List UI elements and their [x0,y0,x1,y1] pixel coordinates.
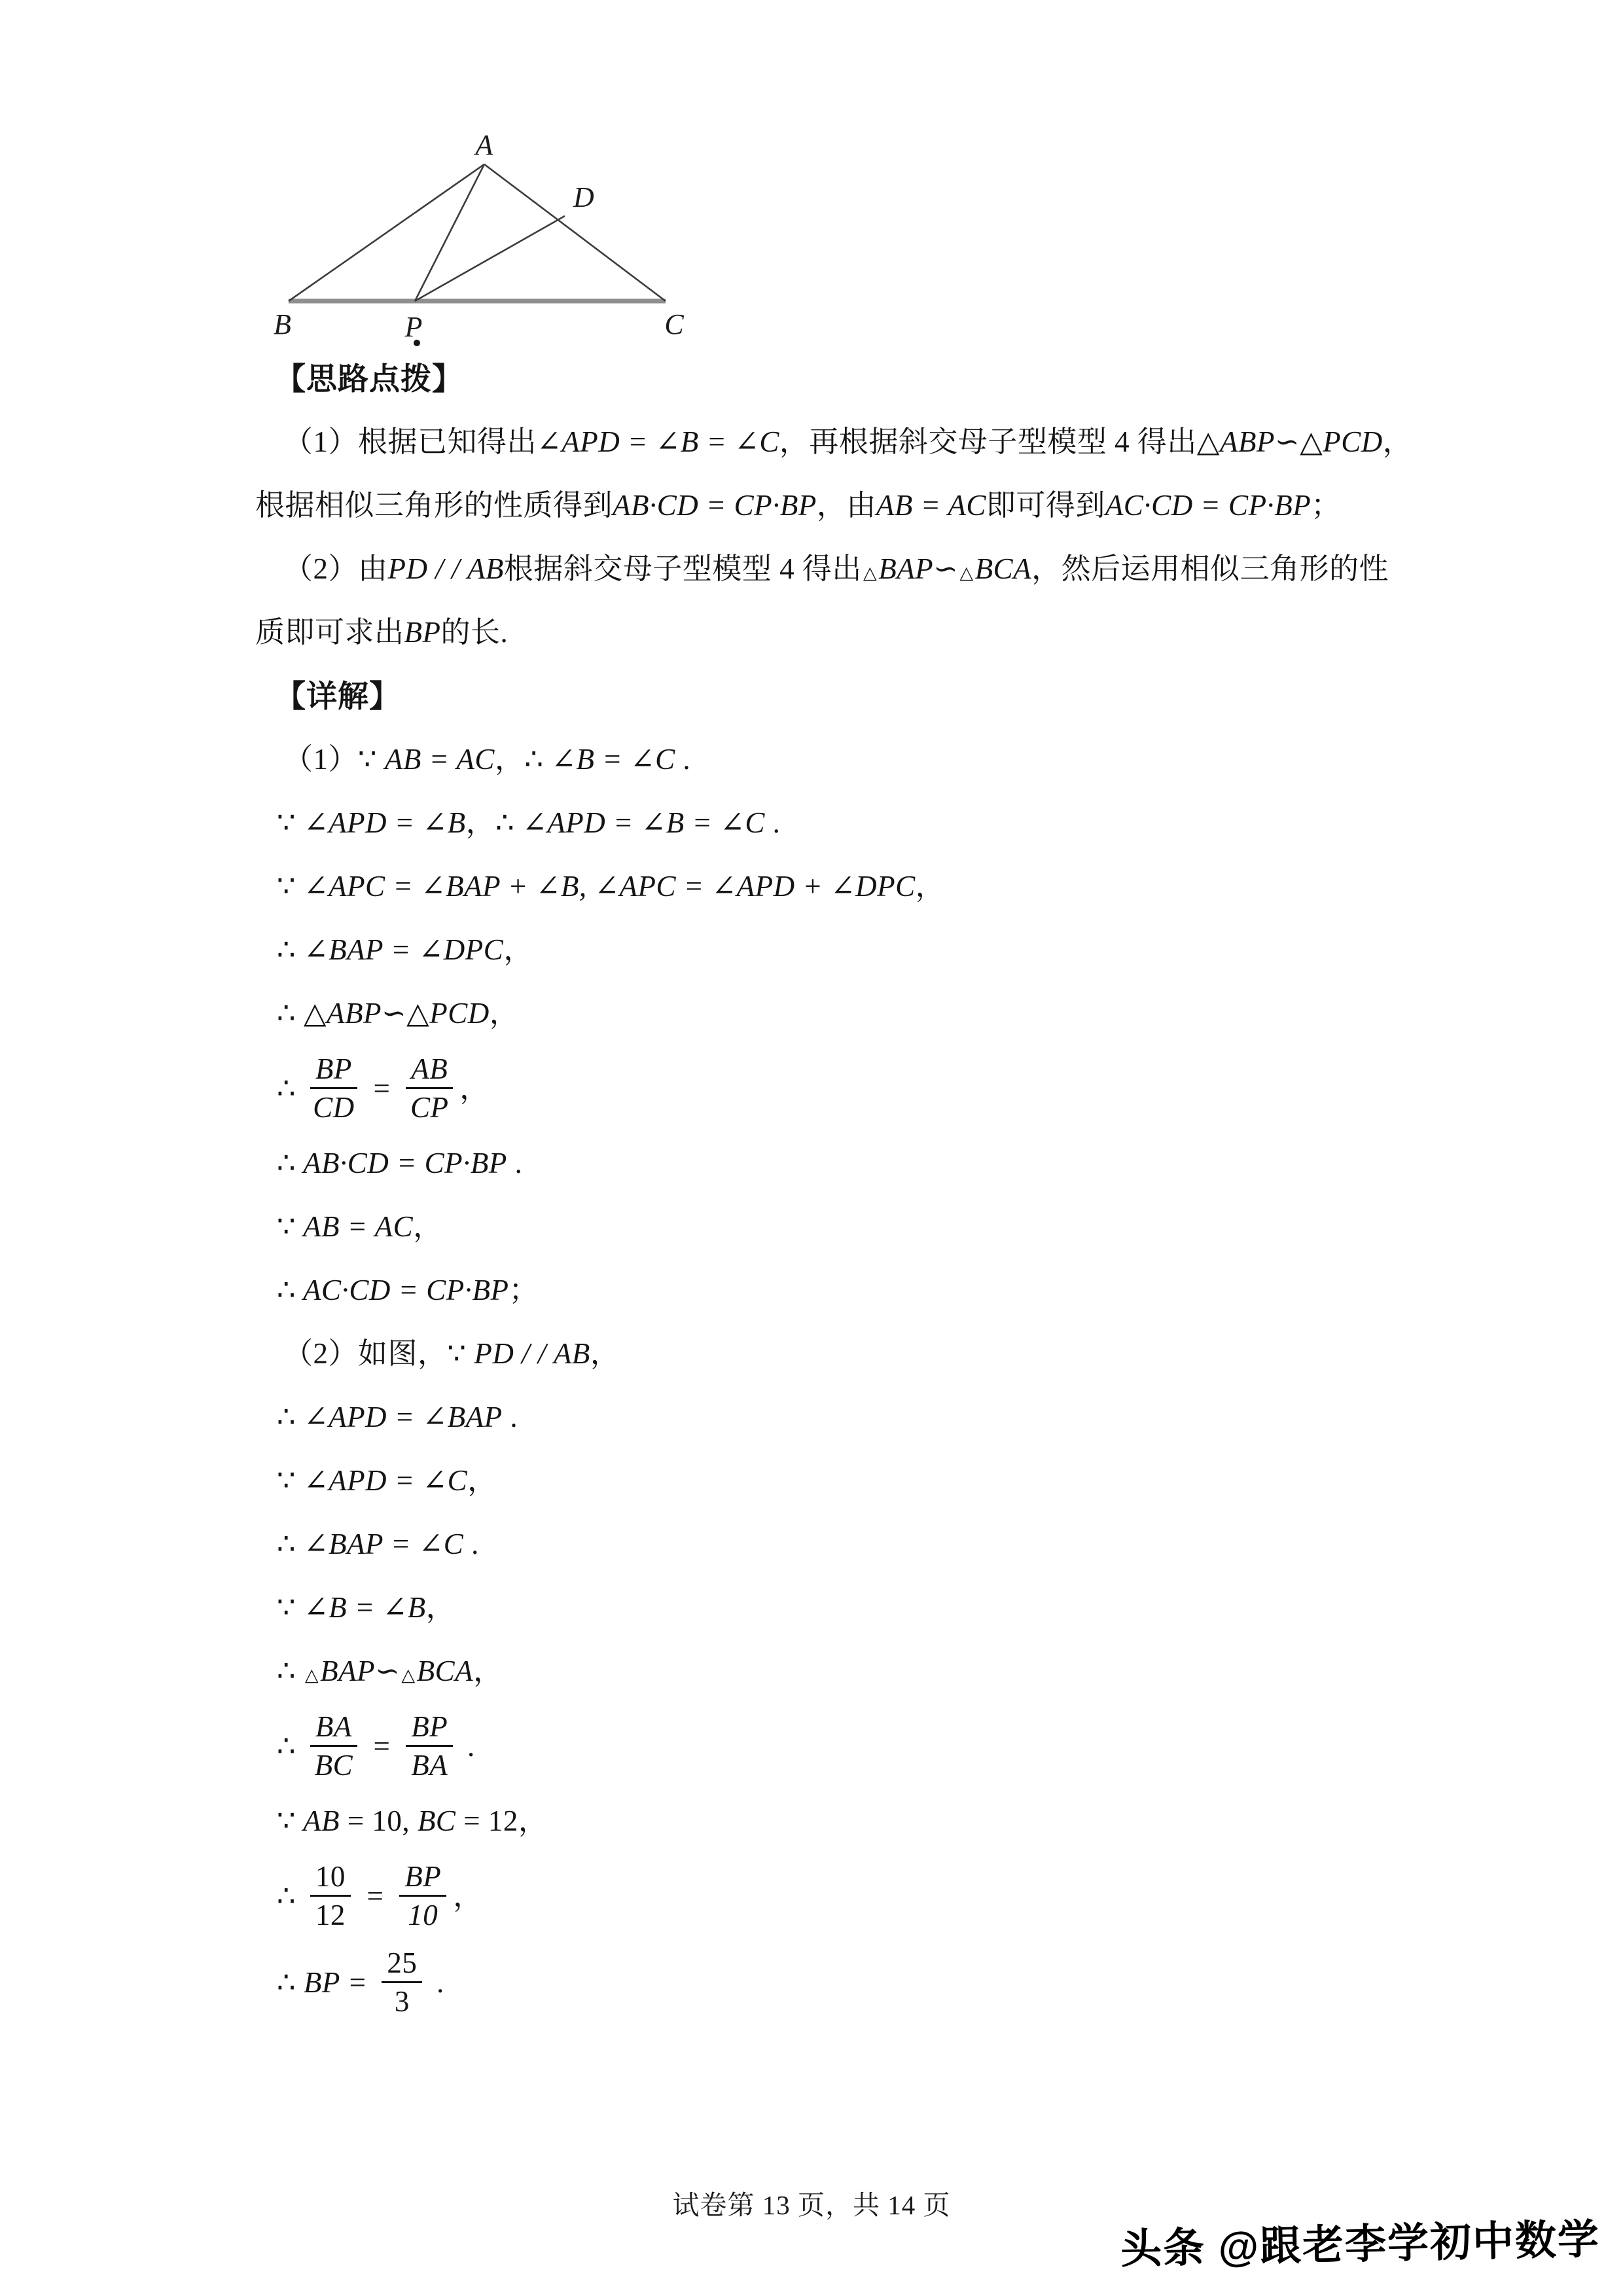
hint-line: （2）由PD / / AB根据斜交母子型模型 4 得出△BAP∽△BCA，然后运… [283,537,1459,601]
geometry-figure: A B P C D [274,123,695,347]
fraction-numerator: BP [310,1053,357,1090]
solution-lines: （1）∵ AB = AC，∴ ∠B = ∠C .∵ ∠APD = ∠B，∴ ∠A… [255,728,1459,2026]
cjk-text: . [675,743,691,776]
cjk-text: 的长. [441,616,508,649]
vertex-label-B: B [274,308,291,340]
math-run: BCA [417,1655,474,1687]
math-run: AB·CD = CP·BP [613,489,817,522]
fraction: BPCD [310,1053,357,1124]
cjk-text: ，再根据斜交母子型模型 4 得出 [779,425,1197,458]
math-run: ∴ ∠APD = ∠B = ∠C [495,806,765,839]
cjk-text: 根据斜交母子型模型 4 得出 [504,552,862,585]
fraction-numerator: BP [399,1861,446,1897]
cjk-text: （2）由 [283,552,388,585]
vertex-label-P: P [404,311,423,343]
math-run: ∵ ∠APD = ∠B [277,806,466,839]
solution-line: ∴ AC·CD = CP·BP； [277,1259,1459,1322]
math-upright: = 12 [455,1804,518,1837]
math-run: ∽ [375,1655,400,1687]
solution-line: ∴ △ABP∽△PCD， [277,982,1459,1045]
fraction-numerator: 25 [382,1947,422,1984]
cjk-text: ， [495,743,525,776]
math-run: ∴ ∠B = ∠C [524,743,675,776]
math-upright: = 10, [340,1804,418,1837]
solution-line: ∵ ∠APD = ∠B，∴ ∠APD = ∠B = ∠C . [277,791,1459,855]
triangle-diagram: A B P C D [274,123,695,347]
vertex-label-A: A [474,129,494,161]
small-triangle-icon: △ [862,563,878,583]
solution-line: （2）如图，∵ PD / / AB， [283,1322,1459,1386]
solution-line: ∴ 1012 = BP10， [277,1853,1459,1939]
cjk-text: ， [459,1072,490,1105]
math-run: ∴ [277,1072,304,1105]
solution-line: ∴ BABC = BPBA . [277,1703,1459,1789]
hint-line: 质即可求出BP的长. [255,601,1459,664]
fraction-numerator: AB [406,1053,453,1090]
math-run: ∵ AB [277,1804,340,1837]
math-run: ∵ PD / / AB [448,1337,590,1370]
fraction-denominator: CD [310,1089,357,1124]
math-run: ∵ ∠APC = ∠BAP + ∠B, ∠APC = ∠APD + ∠DPC [277,870,916,903]
cjk-text: ， [503,933,533,966]
math-run: ∴ [277,1880,304,1912]
cjk-text: （2）如图， [283,1337,448,1370]
math-run: BAP [878,552,933,585]
math-run: = [364,1730,399,1763]
math-run: ∴ ∠APD = ∠BAP [277,1401,503,1433]
math-run: BC [418,1804,456,1837]
math-run: ∴ ∠BAP = ∠DPC [277,933,503,966]
cjk-text: 根据相似三角形的性质得到 [255,489,613,522]
hint-line: （1）根据已知得出∠APD = ∠B = ∠C，再根据斜交母子型模型 4 得出△… [283,410,1459,474]
segment-BA [289,164,484,301]
math-run: ∴ BP = [277,1966,375,1999]
cjk-text: ， [473,1655,503,1687]
cjk-text: ， [466,806,496,839]
cjk-text: ， [413,1210,443,1243]
math-run: ∴ AB·CD = CP·BP [277,1147,507,1179]
math-run: = [364,1072,399,1105]
math-run: ∴ △ABP∽△PCD [277,997,490,1030]
fraction-denominator: BA [406,1747,453,1782]
solution-line: ∴ AB·CD = CP·BP . [277,1132,1459,1195]
fraction: BPBA [406,1711,453,1782]
fraction-denominator: BC [310,1747,357,1782]
cjk-text: . [507,1147,523,1179]
solution-line: （1）∵ AB = AC，∴ ∠B = ∠C . [283,728,1459,791]
math-run: ∴ ∠BAP = ∠C [277,1528,463,1560]
cjk-text: ， [1383,425,1413,458]
fraction: ABCP [406,1053,453,1124]
watermark: 头条 @跟老李学初中数学 [1120,2206,1618,2276]
math-run: ∵ ∠APD = ∠C [277,1464,467,1497]
cjk-text: ， [590,1337,620,1370]
fraction: 1012 [310,1861,351,1931]
cjk-text: ， [916,870,946,903]
cjk-text: . [765,806,781,839]
vertex-label-C: C [664,308,684,340]
fraction-denominator: 12 [310,1897,351,1931]
math-run: = [357,1880,393,1912]
cjk-text: . [429,1966,444,1999]
solution-line: ∵ ∠APC = ∠BAP + ∠B, ∠APC = ∠APD + ∠DPC， [277,855,1459,918]
cjk-text: 质即可求出 [255,616,404,649]
math-run: PD / / AB [388,552,504,585]
math-run: △ABP∽△PCD [1197,425,1383,458]
cjk-text: ， [453,1880,483,1912]
fraction-numerator: BP [406,1711,453,1748]
cjk-text: ， [467,1464,497,1497]
math-run: ∵ AB = AC [277,1210,413,1243]
solution-line: ∴ ∠APD = ∠BAP . [277,1386,1459,1449]
fraction-denominator: 3 [382,1983,422,2018]
math-run: ∽ [933,552,958,585]
cjk-text: ， [426,1591,456,1624]
cjk-text: 即可得到 [986,489,1105,522]
fraction: 253 [382,1947,422,2018]
math-run: BP [404,616,441,649]
hint-lines: （1）根据已知得出∠APD = ∠B = ∠C，再根据斜交母子型模型 4 得出△… [255,410,1459,664]
small-triangle-icon: △ [958,563,974,583]
cjk-text: ； [508,1274,539,1306]
fraction: BABC [310,1711,357,1782]
cjk-text: . [503,1401,518,1433]
hint-section-header: 【思路点拨】 [275,347,1459,410]
math-run: BCA [975,552,1032,585]
page-content: A B P C D 【思路点拨】 （1）根据已知得出∠APD = ∠B = ∠C… [255,123,1459,2026]
solution-line: ∴ △BAP∽△BCA， [277,1640,1459,1703]
cjk-text: . [459,1730,475,1763]
solution-line: ∴ BPCD = ABCP， [277,1045,1459,1132]
math-run: ∵ AB = AC [358,743,495,776]
cjk-text: ， [490,997,520,1030]
math-run: ∴ [277,1730,304,1763]
cjk-text: ，由 [817,489,876,522]
cjk-text: . [463,1528,479,1560]
solution-line: ∵ AB = 10, BC = 12， [277,1789,1459,1853]
small-triangle-icon: △ [400,1665,416,1685]
solution-line: ∴ ∠BAP = ∠C . [277,1513,1459,1576]
vertex-label-D: D [573,181,594,213]
fraction-denominator: 10 [399,1897,446,1931]
solution-line: ∵ ∠B = ∠B， [277,1576,1459,1640]
cjk-text: ， [518,1804,548,1837]
solution-line: ∴ ∠BAP = ∠DPC， [277,918,1459,982]
math-run: ∵ ∠B = ∠B [277,1591,426,1624]
cjk-text: ； [1311,489,1341,522]
hint-line: 根据相似三角形的性质得到AB·CD = CP·BP，由AB = AC即可得到AC… [255,474,1459,537]
math-run: AB = AC [876,489,986,522]
solution-line: ∵ AB = AC， [277,1195,1459,1259]
math-run: ∴ AC·CD = CP·BP [277,1274,508,1306]
fraction: BP10 [399,1861,446,1931]
fraction-numerator: 10 [310,1861,351,1897]
math-run: ∴ [277,1655,304,1687]
detail-section-header: 【详解】 [275,664,1459,728]
math-run: AC·CD = CP·BP [1105,489,1311,522]
small-triangle-icon: △ [304,1665,320,1685]
math-run: BAP [320,1655,375,1687]
solution-line: ∵ ∠APD = ∠C， [277,1449,1459,1513]
fraction-numerator: BA [310,1711,357,1748]
math-run: ∠APD = ∠B = ∠C [537,425,779,458]
cjk-text: （1）根据已知得出 [283,425,537,458]
solution-line: ∴ BP = 253 . [277,1939,1459,2026]
cjk-text: （1） [283,743,358,776]
fraction-denominator: CP [406,1089,453,1124]
cjk-text: ，然后运用相似三角形的性 [1031,552,1389,585]
exam-solution-page: { "diagram": { "labels": { "A": "A", "B"… [0,0,1623,2296]
